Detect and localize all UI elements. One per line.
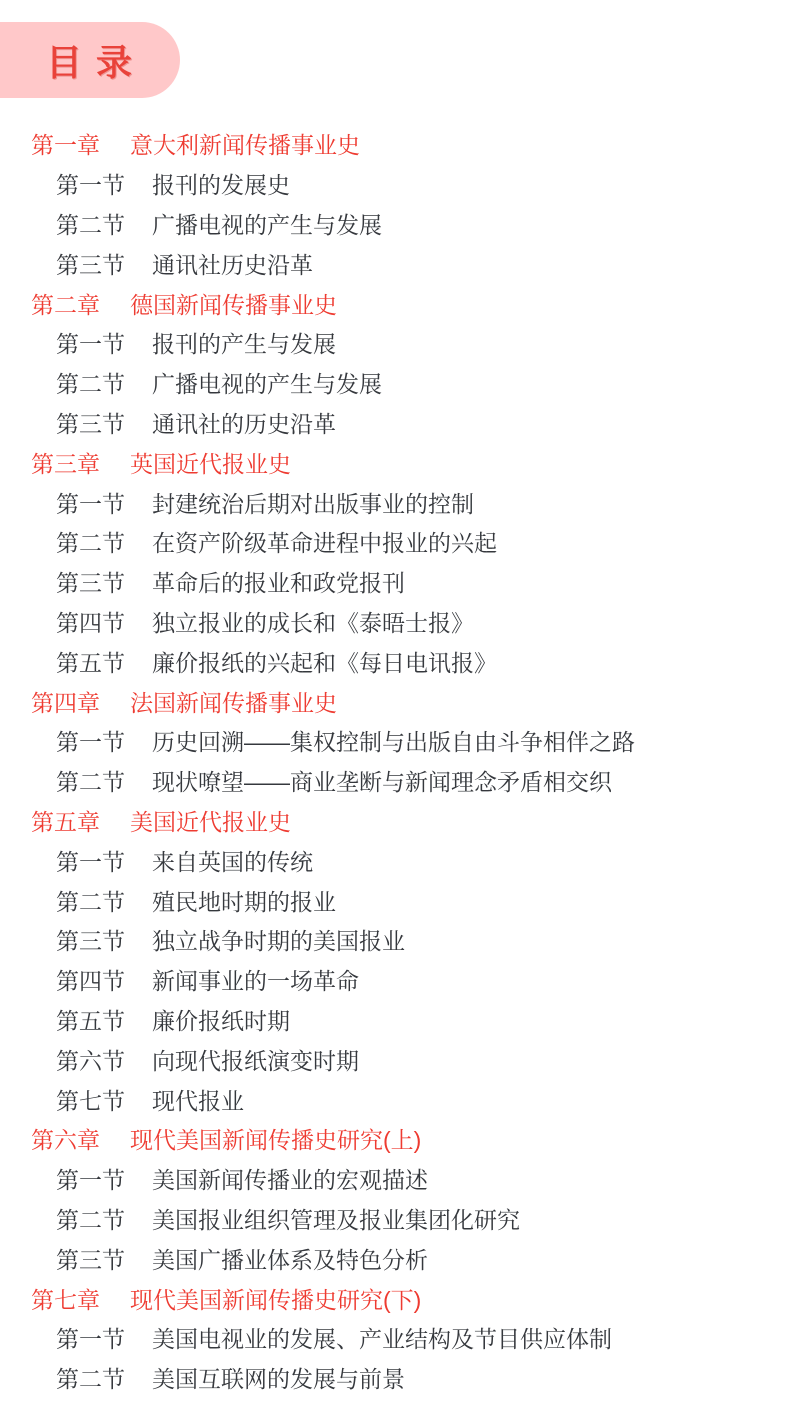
section-title: 现代报业: [152, 1090, 244, 1113]
section-label: 第四节: [56, 970, 125, 993]
section-row[interactable]: 第二节美国报业组织管理及报业集团化研究: [0, 1201, 790, 1241]
section-title: 报刊的产生与发展: [152, 333, 336, 356]
section-row[interactable]: 第六节向现代报纸演变时期: [0, 1041, 790, 1081]
chapter-row[interactable]: 第五章美国近代报业史: [0, 803, 790, 843]
section-row[interactable]: 第四节新闻事业的一场革命: [0, 962, 790, 1002]
chapter-label: 第七章: [31, 1289, 100, 1312]
section-row[interactable]: 第三节美国广播业体系及特色分析: [0, 1240, 790, 1280]
section-label: 第二节: [56, 214, 125, 237]
section-row[interactable]: 第三节通讯社的历史沿革: [0, 405, 790, 445]
section-label: 第三节: [56, 572, 125, 595]
section-title: 在资产阶级革命进程中报业的兴起: [152, 532, 497, 555]
section-title: 新闻事业的一场革命: [152, 970, 359, 993]
section-row[interactable]: 第二节美国互联网的发展与前景: [0, 1360, 790, 1400]
chapter-label: 第四章: [31, 692, 100, 715]
section-row[interactable]: 第二节在资产阶级革命进程中报业的兴起: [0, 524, 790, 564]
section-row[interactable]: 第二节殖民地时期的报业: [0, 882, 790, 922]
section-label: 第三节: [56, 413, 125, 436]
chapter-label: 第五章: [31, 811, 100, 834]
chapter-label: 第三章: [31, 453, 100, 476]
section-title: 美国广播业体系及特色分析: [152, 1249, 428, 1272]
section-row[interactable]: 第一节报刊的产生与发展: [0, 325, 790, 365]
section-title: 独立报业的成长和《泰晤士报》: [152, 612, 474, 635]
toc-page: 目 录 第一章意大利新闻传播事业史第一节报刊的发展史第二节广播电视的产生与发展第…: [0, 0, 790, 1402]
section-label: 第一节: [56, 851, 125, 874]
section-title: 美国新闻传播业的宏观描述: [152, 1169, 428, 1192]
section-label: 第二节: [56, 532, 125, 555]
chapter-row[interactable]: 第六章现代美国新闻传播史研究(上): [0, 1121, 790, 1161]
chapter-title: 德国新闻传播事业史: [130, 294, 337, 317]
section-row[interactable]: 第一节封建统治后期对出版事业的控制: [0, 484, 790, 524]
toc-header-label: 目 录: [46, 35, 134, 86]
chapter-title: 意大利新闻传播事业史: [130, 134, 360, 157]
section-label: 第二节: [56, 1368, 125, 1391]
chapter-label: 第二章: [31, 294, 100, 317]
chapter-title: 现代美国新闻传播史研究(上): [130, 1129, 421, 1152]
chapter-row[interactable]: 第三章英国近代报业史: [0, 444, 790, 484]
section-label: 第三节: [56, 1249, 125, 1272]
chapter-row[interactable]: 第七章现代美国新闻传播史研究(下): [0, 1280, 790, 1320]
section-title: 廉价报纸时期: [152, 1010, 290, 1033]
section-title: 美国互联网的发展与前景: [152, 1368, 405, 1391]
section-row[interactable]: 第一节报刊的发展史: [0, 166, 790, 206]
section-row[interactable]: 第一节美国电视业的发展、产业结构及节目供应体制: [0, 1320, 790, 1360]
chapter-title: 英国近代报业史: [130, 453, 291, 476]
section-row[interactable]: 第一节来自英国的传统: [0, 842, 790, 882]
chapter-title: 现代美国新闻传播史研究(下): [130, 1289, 421, 1312]
section-title: 广播电视的产生与发展: [152, 373, 382, 396]
section-label: 第一节: [56, 493, 125, 516]
toc-header-badge: 目 录: [0, 22, 180, 98]
chapter-title: 美国近代报业史: [130, 811, 291, 834]
section-row[interactable]: 第一节美国新闻传播业的宏观描述: [0, 1161, 790, 1201]
section-title: 来自英国的传统: [152, 851, 313, 874]
section-label: 第一节: [56, 333, 125, 356]
section-row[interactable]: 第三节革命后的报业和政党报刊: [0, 564, 790, 604]
chapter-label: 第六章: [31, 1129, 100, 1152]
chapter-row[interactable]: 第二章德国新闻传播事业史: [0, 285, 790, 325]
section-label: 第五节: [56, 652, 125, 675]
section-title: 向现代报纸演变时期: [152, 1050, 359, 1073]
section-row[interactable]: 第三节通讯社历史沿革: [0, 245, 790, 285]
section-title: 美国报业组织管理及报业集团化研究: [152, 1209, 520, 1232]
section-title: 廉价报纸的兴起和《每日电讯报》: [152, 652, 497, 675]
toc-list: 第一章意大利新闻传播事业史第一节报刊的发展史第二节广播电视的产生与发展第三节通讯…: [0, 126, 790, 1400]
section-row[interactable]: 第一节历史回溯——集权控制与出版自由斗争相伴之路: [0, 723, 790, 763]
chapter-label: 第一章: [31, 134, 100, 157]
section-row[interactable]: 第四节独立报业的成长和《泰晤士报》: [0, 604, 790, 644]
section-row[interactable]: 第五节廉价报纸的兴起和《每日电讯报》: [0, 643, 790, 683]
section-title: 报刊的发展史: [152, 174, 290, 197]
section-title: 美国电视业的发展、产业结构及节目供应体制: [152, 1328, 612, 1351]
section-label: 第一节: [56, 1169, 125, 1192]
section-title: 通讯社的历史沿革: [152, 413, 336, 436]
section-row[interactable]: 第三节独立战争时期的美国报业: [0, 922, 790, 962]
section-title: 历史回溯——集权控制与出版自由斗争相伴之路: [152, 731, 635, 754]
section-row[interactable]: 第二节广播电视的产生与发展: [0, 365, 790, 405]
section-label: 第一节: [56, 174, 125, 197]
chapter-title: 法国新闻传播事业史: [130, 692, 337, 715]
section-label: 第四节: [56, 612, 125, 635]
section-title: 革命后的报业和政党报刊: [152, 572, 405, 595]
section-label: 第二节: [56, 771, 125, 794]
section-row[interactable]: 第二节现状嘹望——商业垄断与新闻理念矛盾相交织: [0, 763, 790, 803]
section-label: 第一节: [56, 1328, 125, 1351]
section-label: 第二节: [56, 891, 125, 914]
section-label: 第三节: [56, 930, 125, 953]
section-row[interactable]: 第七节现代报业: [0, 1081, 790, 1121]
section-title: 殖民地时期的报业: [152, 891, 336, 914]
chapter-row[interactable]: 第四章法国新闻传播事业史: [0, 683, 790, 723]
section-title: 通讯社历史沿革: [152, 254, 313, 277]
section-label: 第五节: [56, 1010, 125, 1033]
section-title: 现状嘹望——商业垄断与新闻理念矛盾相交织: [152, 771, 612, 794]
section-row[interactable]: 第二节广播电视的产生与发展: [0, 206, 790, 246]
section-label: 第二节: [56, 373, 125, 396]
section-label: 第六节: [56, 1050, 125, 1073]
chapter-row[interactable]: 第一章意大利新闻传播事业史: [0, 126, 790, 166]
section-label: 第一节: [56, 731, 125, 754]
section-title: 广播电视的产生与发展: [152, 214, 382, 237]
section-label: 第三节: [56, 254, 125, 277]
section-title: 封建统治后期对出版事业的控制: [152, 493, 474, 516]
section-title: 独立战争时期的美国报业: [152, 930, 405, 953]
section-row[interactable]: 第五节廉价报纸时期: [0, 1002, 790, 1042]
section-label: 第二节: [56, 1209, 125, 1232]
section-label: 第七节: [56, 1090, 125, 1113]
